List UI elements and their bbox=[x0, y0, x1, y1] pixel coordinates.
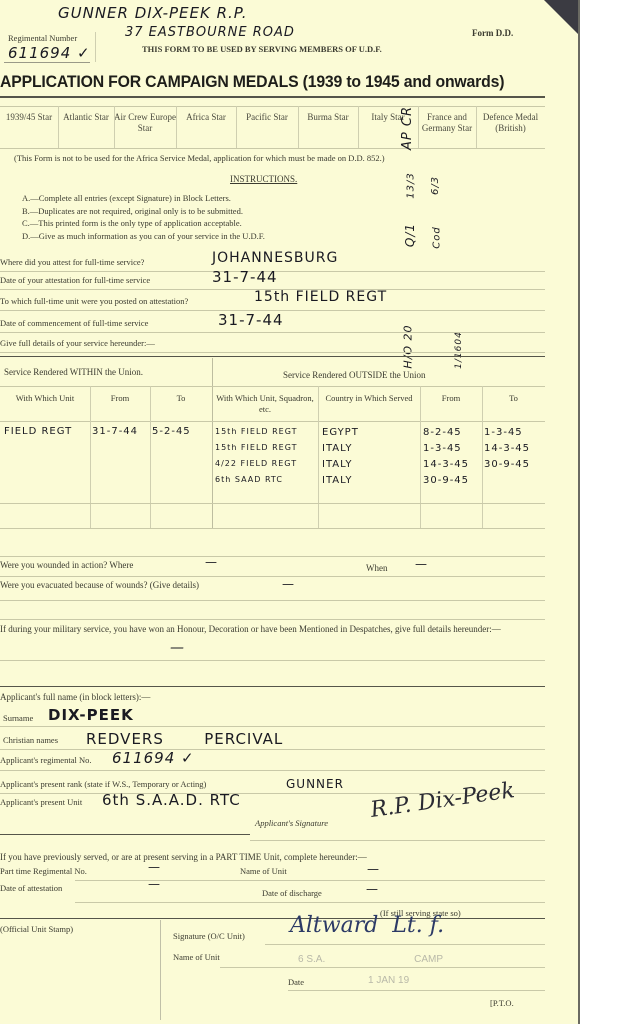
when-label: When bbox=[366, 563, 388, 573]
service-column-header: From bbox=[420, 393, 482, 404]
service-column-header: To bbox=[150, 393, 212, 404]
medal-column-4: Africa Star bbox=[176, 112, 236, 123]
part-time-regno-label: Part time Regimental No. bbox=[0, 866, 87, 876]
margin-note: Q/1 bbox=[403, 223, 417, 247]
attestation-label: Where did you attest for full-time servi… bbox=[0, 257, 144, 267]
outside-union-heading: Service Rendered OUTSIDE the Union bbox=[283, 370, 425, 380]
part-time-unit-value[interactable]: — bbox=[367, 862, 380, 876]
outside-cell-country[interactable]: EGYPT bbox=[322, 427, 359, 438]
medal-column-6: Burma Star bbox=[298, 112, 358, 123]
attestation-value[interactable]: 31-7-44 bbox=[212, 268, 278, 286]
outside-cell-to[interactable]: 30-9-45 bbox=[484, 459, 530, 470]
outside-cell-from[interactable]: 30-9-45 bbox=[423, 475, 469, 486]
regno-label: Applicant's regimental No. bbox=[0, 755, 91, 765]
exclusion-note: (This Form is not to be used for the Afr… bbox=[14, 153, 385, 163]
full-name-label: Applicant's full name (in block letters)… bbox=[0, 692, 150, 702]
medal-column-3: Air Crew Europe Star bbox=[114, 112, 176, 134]
instructions-heading: INSTRUCTIONS. bbox=[230, 174, 297, 184]
official-stamp-label: (Official Unit Stamp) bbox=[0, 924, 73, 934]
date-stamp: 1 JAN 19 bbox=[368, 975, 409, 986]
outside-cell-unit[interactable]: 15th FIELD REGT bbox=[215, 427, 298, 436]
surname-label: Surname bbox=[3, 713, 33, 723]
margin-note: 13/3 bbox=[406, 172, 417, 198]
outside-cell-unit[interactable]: 4/22 FIELD REGT bbox=[215, 459, 297, 468]
rank-label: Applicant's present rank (state if W.S.,… bbox=[0, 779, 206, 789]
within-cell-unit[interactable]: FIELD REGT bbox=[4, 426, 72, 437]
outside-cell-to[interactable]: 14-3-45 bbox=[484, 443, 530, 454]
within-cell-to[interactable]: 5-2-45 bbox=[152, 426, 191, 437]
unit-stamp: 6 S.A. CAMP bbox=[298, 954, 443, 965]
regimental-number-value: 611694 ✓ bbox=[8, 44, 91, 62]
outside-cell-country[interactable]: ITALY bbox=[322, 443, 352, 454]
attestation-value[interactable]: 31-7-44 bbox=[218, 311, 284, 329]
form-title: APPLICATION FOR CAMPAIGN MEDALS (1939 to… bbox=[0, 72, 504, 92]
medal-application-form: GUNNER DIX-PEEK R.P. 37 EASTBOURNE ROAD … bbox=[0, 0, 580, 1024]
evacuated-value[interactable]: — bbox=[282, 577, 295, 591]
medal-column-9: Defence Medal (British) bbox=[476, 112, 545, 134]
outside-cell-unit[interactable]: 6th SAAD RTC bbox=[215, 475, 283, 484]
applicant-signature[interactable]: R.P. Dix-Peek bbox=[369, 778, 516, 823]
part-time-unit-label: Name of Unit bbox=[240, 866, 287, 876]
applicant-signature-label: Applicant's Signature bbox=[255, 818, 328, 828]
handwritten-name: GUNNER DIX-PEEK R.P. bbox=[58, 4, 248, 22]
evacuated-label: Were you evacuated because of wounds? (G… bbox=[0, 580, 199, 590]
outside-cell-from[interactable]: 8-2-45 bbox=[423, 427, 462, 438]
instruction-item: B.—Duplicates are not required, original… bbox=[22, 206, 243, 216]
outside-cell-country[interactable]: ITALY bbox=[322, 475, 352, 486]
within-union-heading: Service Rendered WITHIN the Union. bbox=[4, 367, 143, 377]
margin-note: Cod bbox=[432, 226, 443, 248]
regimental-number-label: Regimental Number bbox=[8, 33, 77, 43]
honours-label: If during your military service, you hav… bbox=[0, 624, 540, 635]
handwritten-address: 37 EASTBOURNE ROAD bbox=[125, 25, 295, 40]
surname-value[interactable]: DIX-PEEK bbox=[48, 706, 134, 724]
rank-value[interactable]: GUNNER bbox=[286, 777, 344, 791]
attestation-label: Date of your attestation for full-time s… bbox=[0, 275, 150, 285]
christian-names-label: Christian names bbox=[3, 735, 58, 745]
official-date-label: Date bbox=[288, 977, 304, 987]
regno-value[interactable]: 611694 ✓ bbox=[112, 749, 195, 767]
discharge-date-value[interactable]: — bbox=[366, 882, 379, 896]
part-time-regno-value[interactable]: — bbox=[148, 860, 161, 874]
present-unit-value[interactable]: 6th S.A.A.D. RTC bbox=[102, 791, 241, 809]
attestation-value[interactable]: 15th FIELD REGT bbox=[254, 289, 387, 305]
service-column-header: To bbox=[482, 393, 545, 404]
attestation-value[interactable]: JOHANNESBURG bbox=[212, 250, 338, 266]
attestation-label: Give full details of your service hereun… bbox=[0, 338, 155, 348]
within-cell-from[interactable]: 31-7-44 bbox=[92, 426, 138, 437]
oc-signature[interactable]: Altward Lt. f. bbox=[290, 913, 444, 938]
attestation-label: To which full-time unit were you posted … bbox=[0, 296, 188, 306]
medal-column-5: Pacific Star bbox=[236, 112, 298, 123]
part-time-intro: If you have previously served, or are at… bbox=[0, 852, 367, 862]
when-value[interactable]: — bbox=[415, 557, 428, 571]
folded-corner bbox=[544, 0, 578, 34]
medal-column-1: 1939/45 Star bbox=[0, 112, 58, 123]
service-column-header: With Which Unit bbox=[0, 393, 90, 404]
medal-annotation: AP CR bbox=[400, 106, 415, 150]
instruction-item: D.—Give as much information as you can o… bbox=[22, 231, 265, 241]
service-column-header: With Which Unit, Squadron, etc. bbox=[212, 393, 318, 415]
outside-cell-unit[interactable]: 15th FIELD REGT bbox=[215, 443, 298, 452]
usage-note: THIS FORM TO BE USED BY SERVING MEMBERS … bbox=[142, 44, 382, 54]
wounded-where-value[interactable]: — bbox=[205, 555, 218, 569]
outside-cell-to[interactable]: 1-3-45 bbox=[484, 427, 523, 438]
outside-cell-from[interactable]: 14-3-45 bbox=[423, 459, 469, 470]
medal-column-8: France and Germany Star bbox=[418, 112, 476, 134]
pto-label: [P.T.O. bbox=[490, 998, 514, 1008]
instruction-item: C.—This printed form is the only type of… bbox=[22, 218, 242, 228]
outside-cell-country[interactable]: ITALY bbox=[322, 459, 352, 470]
service-column-header: From bbox=[90, 393, 150, 404]
outside-cell-from[interactable]: 1-3-45 bbox=[423, 443, 462, 454]
service-column-header: Country in Which Served bbox=[318, 393, 420, 404]
medal-column-2: Atlantic Star bbox=[58, 112, 114, 123]
attestation-date-value[interactable]: — bbox=[148, 877, 161, 891]
official-unit-label: Name of Unit bbox=[173, 952, 220, 962]
margin-note: 6/3 bbox=[430, 176, 441, 195]
form-number: Form D.D. bbox=[472, 28, 513, 38]
attestation-label: Date of commencement of full-time servic… bbox=[0, 318, 148, 328]
margin-note: 1/1604 bbox=[454, 331, 464, 369]
instruction-item: A.—Complete all entries (except Signatur… bbox=[22, 193, 231, 203]
wounded-label: Were you wounded in action? Where bbox=[0, 560, 133, 570]
oc-signature-label: Signature (O/C Unit) bbox=[173, 931, 245, 941]
discharge-date-label: Date of discharge bbox=[262, 888, 322, 898]
present-unit-label: Applicant's present Unit bbox=[0, 797, 82, 807]
christian-names-value[interactable]: REDVERS PERCIVAL bbox=[86, 730, 283, 748]
attestation-date-label: Date of attestation bbox=[0, 883, 62, 893]
honours-value[interactable]: — bbox=[170, 640, 185, 656]
